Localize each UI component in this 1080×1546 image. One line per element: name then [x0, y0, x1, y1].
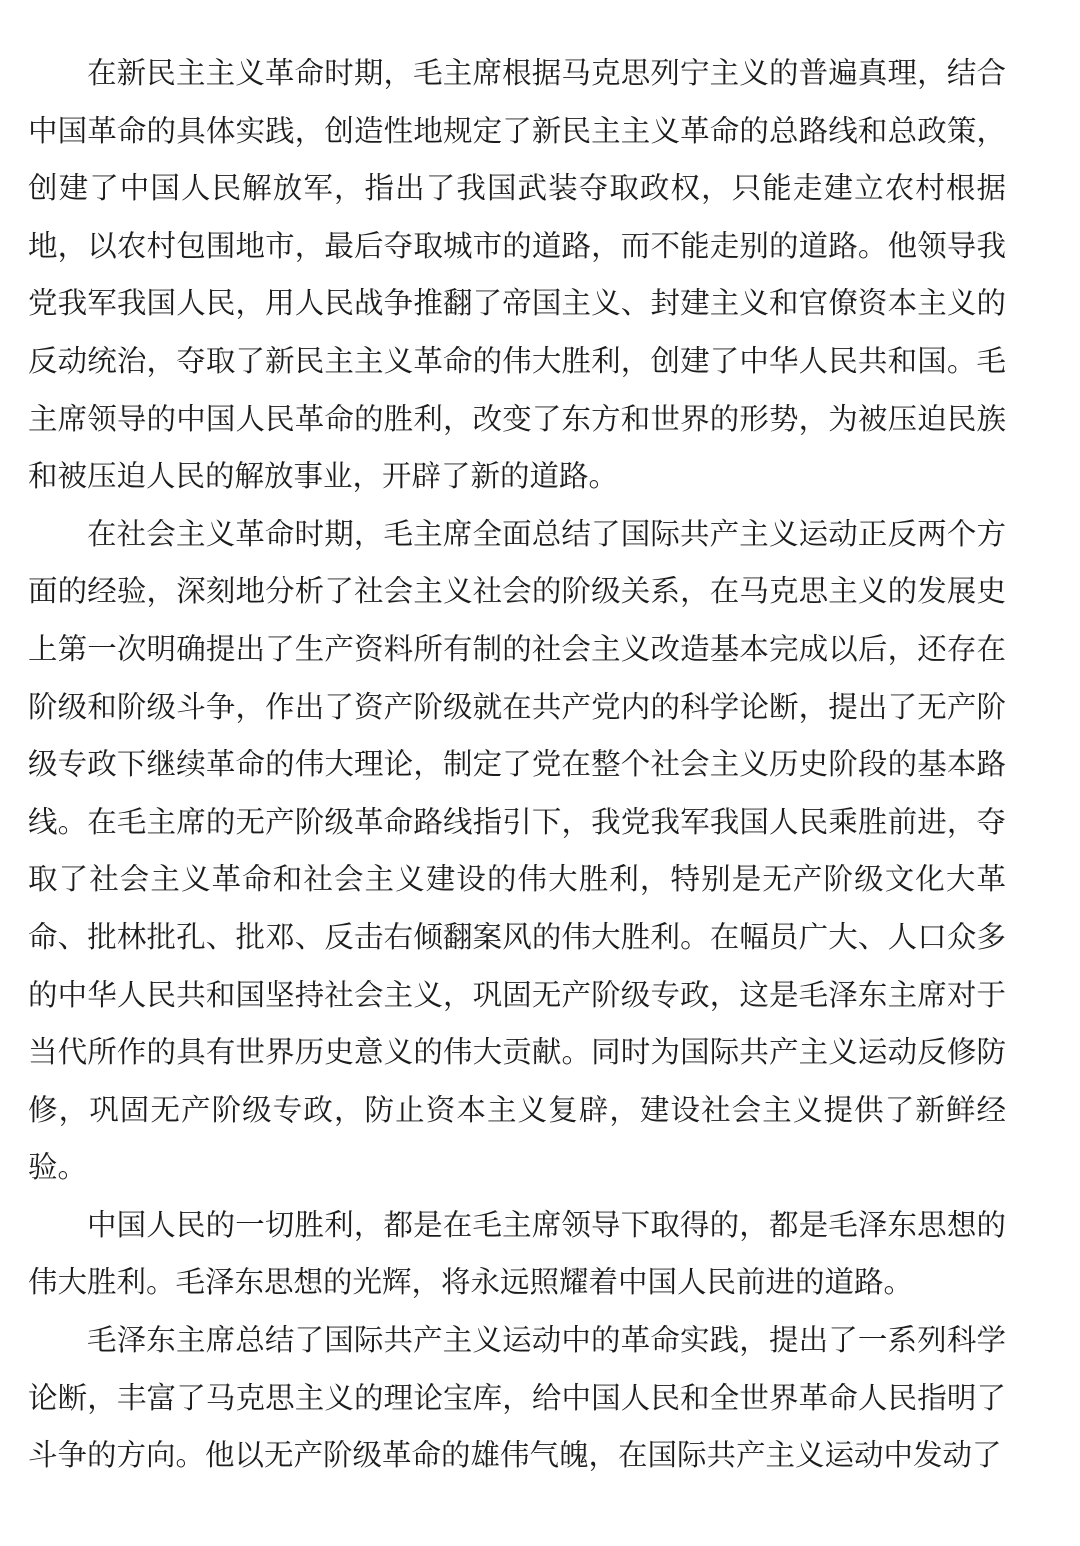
- document-text-block: 在新民主主义革命时期，毛主席根据马克思列宁主义的普遍真理，结合中国革命的具体实践…: [28, 46, 1006, 1486]
- paragraph-international-communist-movement: 毛泽东主席总结了国际共产主义运动中的革命实践，提出了一系列科学论断，丰富了马克思…: [28, 1313, 1006, 1486]
- document-page: 在新民主主义革命时期，毛主席根据马克思列宁主义的普遍真理，结合中国革命的具体实践…: [0, 0, 1080, 1546]
- paragraph-victories-of-chinese-people: 中国人民的一切胜利，都是在毛主席领导下取得的，都是毛泽东思想的伟大胜利。毛泽东思…: [28, 1198, 1006, 1313]
- paragraph-new-democratic-revolution: 在新民主主义革命时期，毛主席根据马克思列宁主义的普遍真理，结合中国革命的具体实践…: [28, 46, 1006, 507]
- paragraph-socialist-revolution: 在社会主义革命时期，毛主席全面总结了国际共产主义运动正反两个方面的经验，深刻地分…: [28, 507, 1006, 1198]
